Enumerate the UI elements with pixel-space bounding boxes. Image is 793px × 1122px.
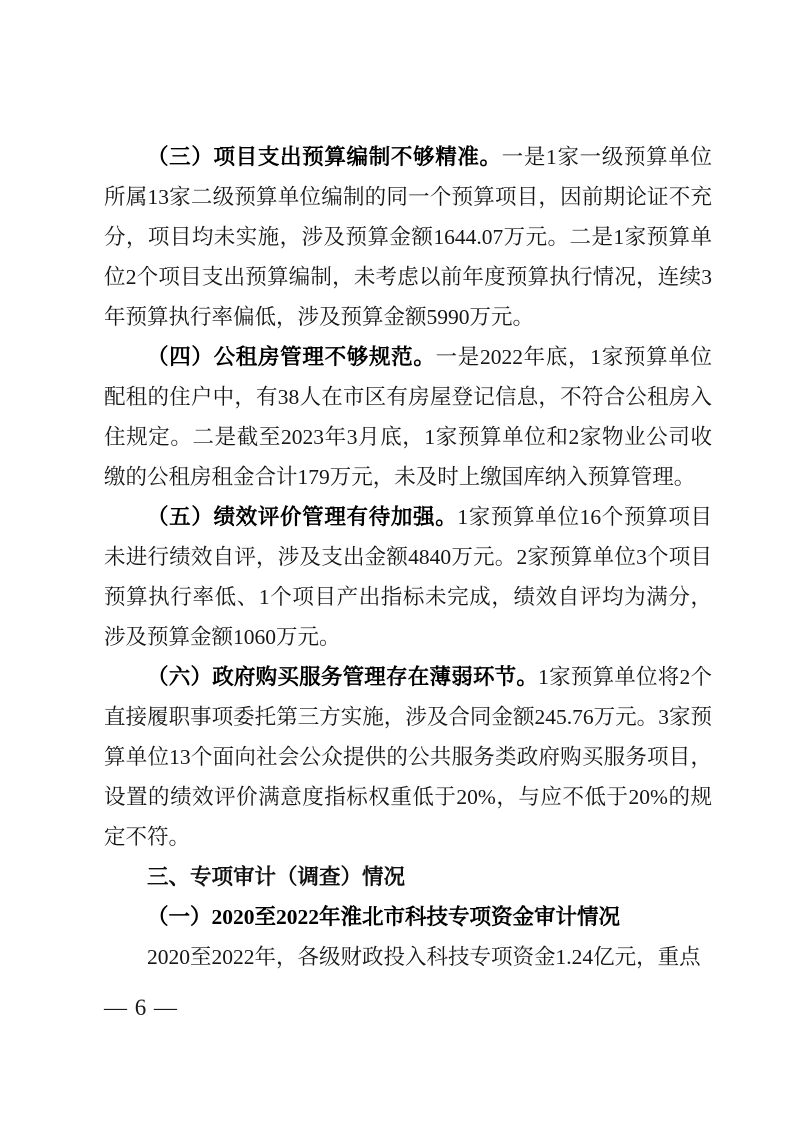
document-content: （三）项目支出预算编制不够精准。一是1家一级预算单位所属13家二级预算单位编制的… (104, 137, 712, 977)
document-page: （三）项目支出预算编制不够精准。一是1家一级预算单位所属13家二级预算单位编制的… (0, 0, 793, 1122)
page-number: — 6 — (104, 993, 178, 1023)
finding-3-heading: （三）项目支出预算编制不够精准。 (147, 145, 502, 169)
finding-paragraph-5: （五）绩效评价管理有待加强。1家预算单位16个预算项目未进行绩效自评，涉及支出金… (104, 497, 712, 657)
finding-5-heading: （五）绩效评价管理有待加强。 (147, 505, 457, 529)
finding-3-body: 一是1家一级预算单位所属13家二级预算单位编制的同一个预算项目，因前期论证不充分… (104, 145, 712, 329)
section-heading: 三、专项审计（调查）情况 (104, 857, 712, 897)
subsection-heading: （一）2020至2022年淮北市科技专项资金审计情况 (104, 897, 712, 937)
finding-6-body: 1家预算单位将2个直接履职事项委托第三方实施，涉及合同金额245.76万元。3家… (104, 665, 712, 849)
finding-paragraph-3: （三）项目支出预算编制不够精准。一是1家一级预算单位所属13家二级预算单位编制的… (104, 137, 712, 337)
opening-paragraph: 2020至2022年，各级财政投入科技专项资金1.24亿元，重点 (104, 937, 712, 977)
finding-6-heading: （六）政府购买服务管理存在薄弱环节。 (147, 665, 538, 689)
finding-paragraph-4: （四）公租房管理不够规范。一是2022年底，1家预算单位配租的住户中，有38人在… (104, 337, 712, 497)
finding-4-heading: （四）公租房管理不够规范。 (147, 345, 436, 369)
finding-paragraph-6: （六）政府购买服务管理存在薄弱环节。1家预算单位将2个直接履职事项委托第三方实施… (104, 657, 712, 857)
